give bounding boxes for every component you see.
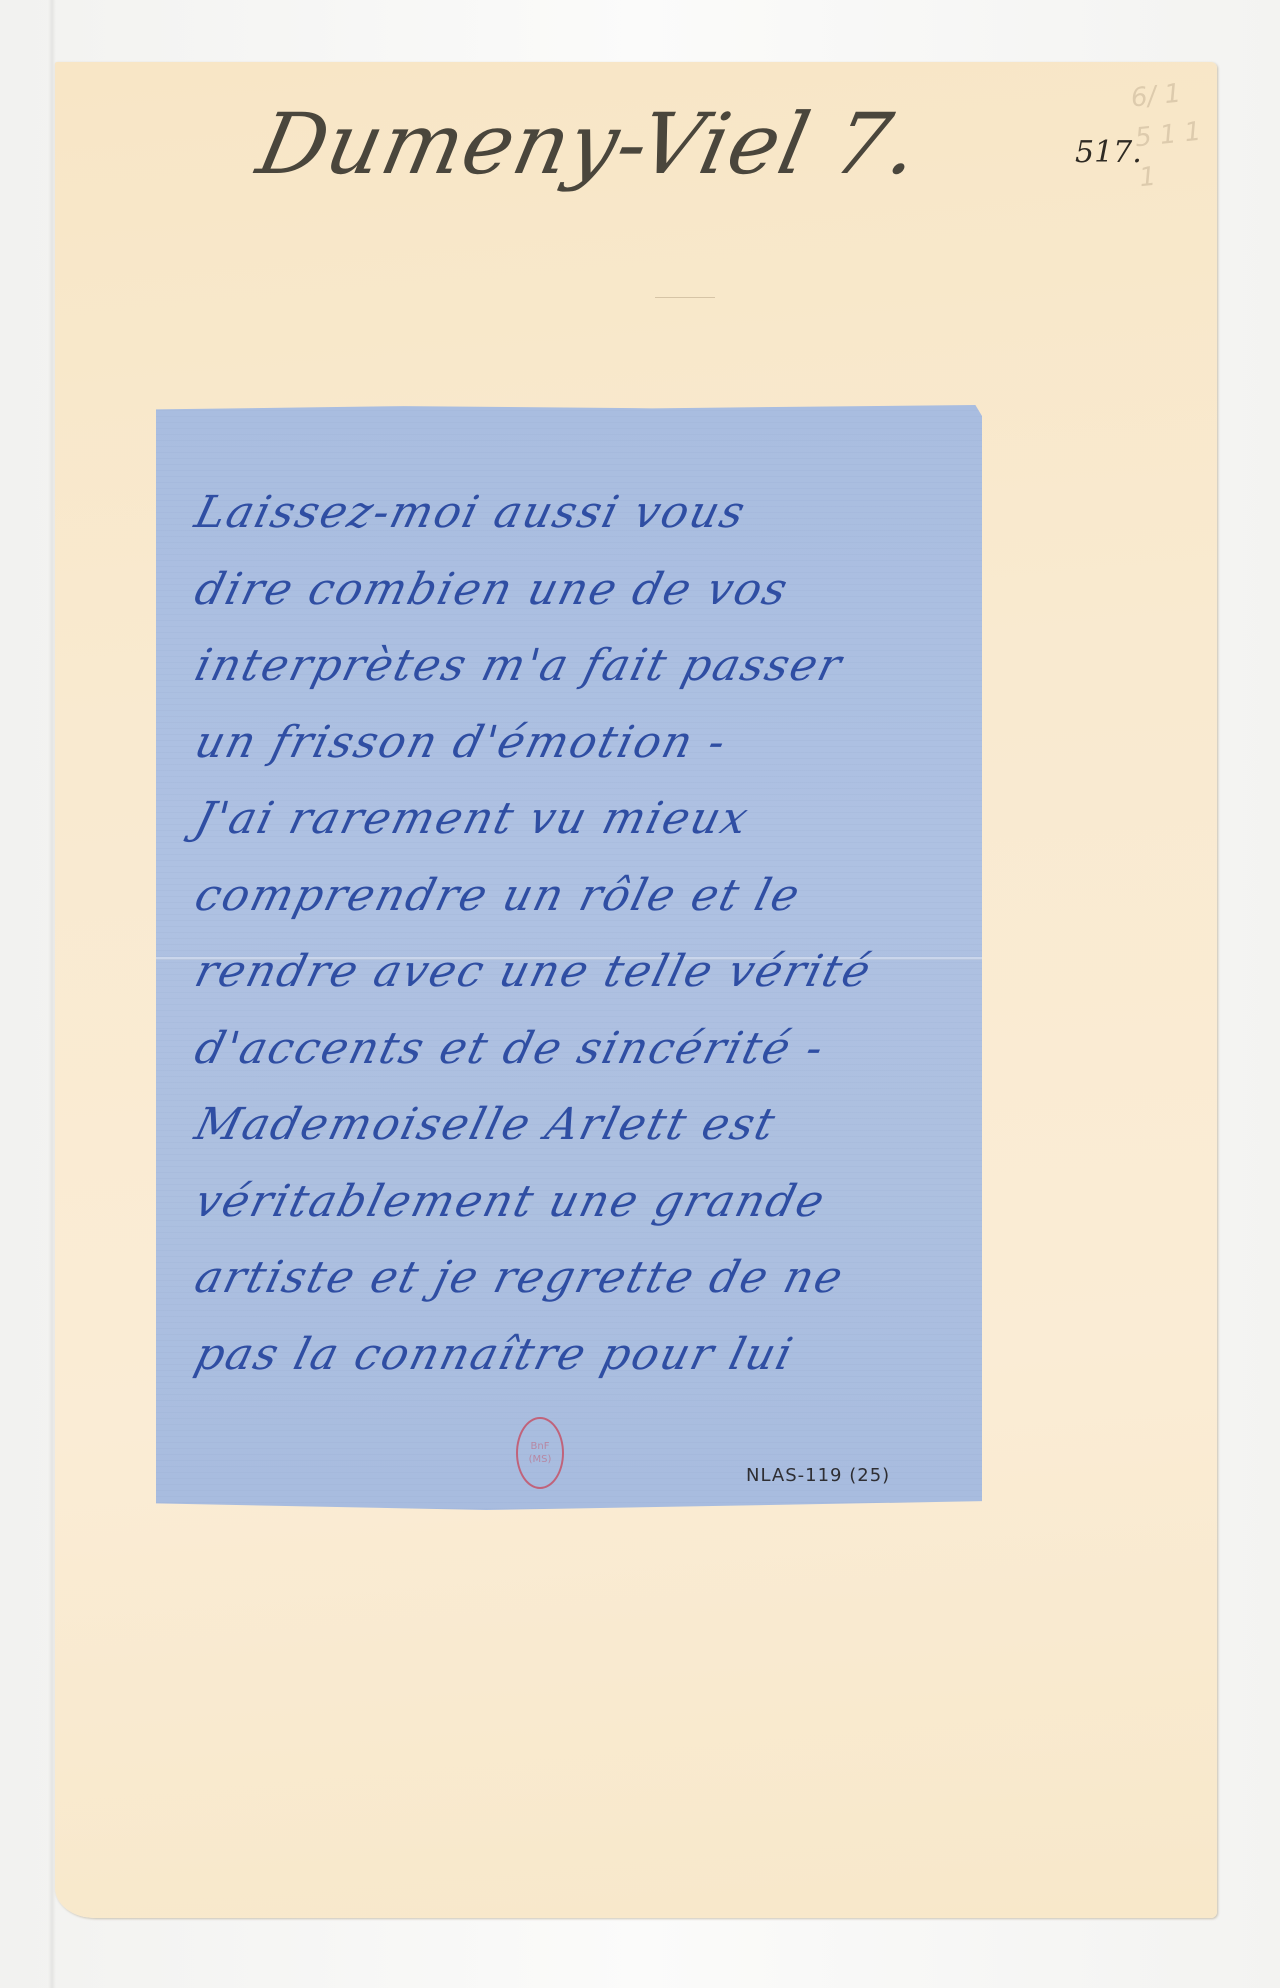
letter-line: artiste et je regrette de ne — [186, 1240, 965, 1317]
letter-line: un frisson d'émotion - — [186, 705, 965, 782]
faint-pencil-marks: 6/ 1 5 1 1 1 — [1129, 72, 1207, 198]
letter-sheet: Laissez-moi aussi vous dire combien une … — [156, 405, 982, 1510]
letter-line: Laissez-moi aussi vous — [186, 475, 965, 552]
letter-line: comprendre un rôle et le — [186, 858, 965, 935]
page-title: Dumeny-Viel 7. — [250, 95, 929, 193]
letter-line: d'accents et de sincérité - — [186, 1011, 965, 1088]
letter-line: pas la connaître pour lui — [186, 1317, 965, 1394]
guide-rule — [655, 297, 715, 298]
stamp-line-2: (MS) — [529, 1453, 552, 1466]
letter-line: rendre avec une telle vérité — [186, 934, 965, 1011]
stamp-line-1: BnF — [531, 1440, 550, 1453]
letter-line: J'ai rarement vu mieux — [186, 781, 965, 858]
letter-line: dire combien une de vos — [186, 552, 965, 629]
call-number: NLAS-119 (25) — [746, 1465, 890, 1486]
archive-stamp-icon: BnF (MS) — [516, 1417, 564, 1489]
letter-line: véritablement une grande — [186, 1164, 965, 1241]
letter-line: interprètes m'a fait passer — [186, 628, 965, 705]
folio-number: 517. — [1075, 135, 1142, 170]
letter-line: Mademoiselle Arlett est — [186, 1087, 965, 1164]
scan-background: Dumeny-Viel 7. 517. 6/ 1 5 1 1 1 Laissez… — [0, 0, 1280, 1988]
letter-body: Laissez-moi aussi vous dire combien une … — [196, 475, 956, 1393]
